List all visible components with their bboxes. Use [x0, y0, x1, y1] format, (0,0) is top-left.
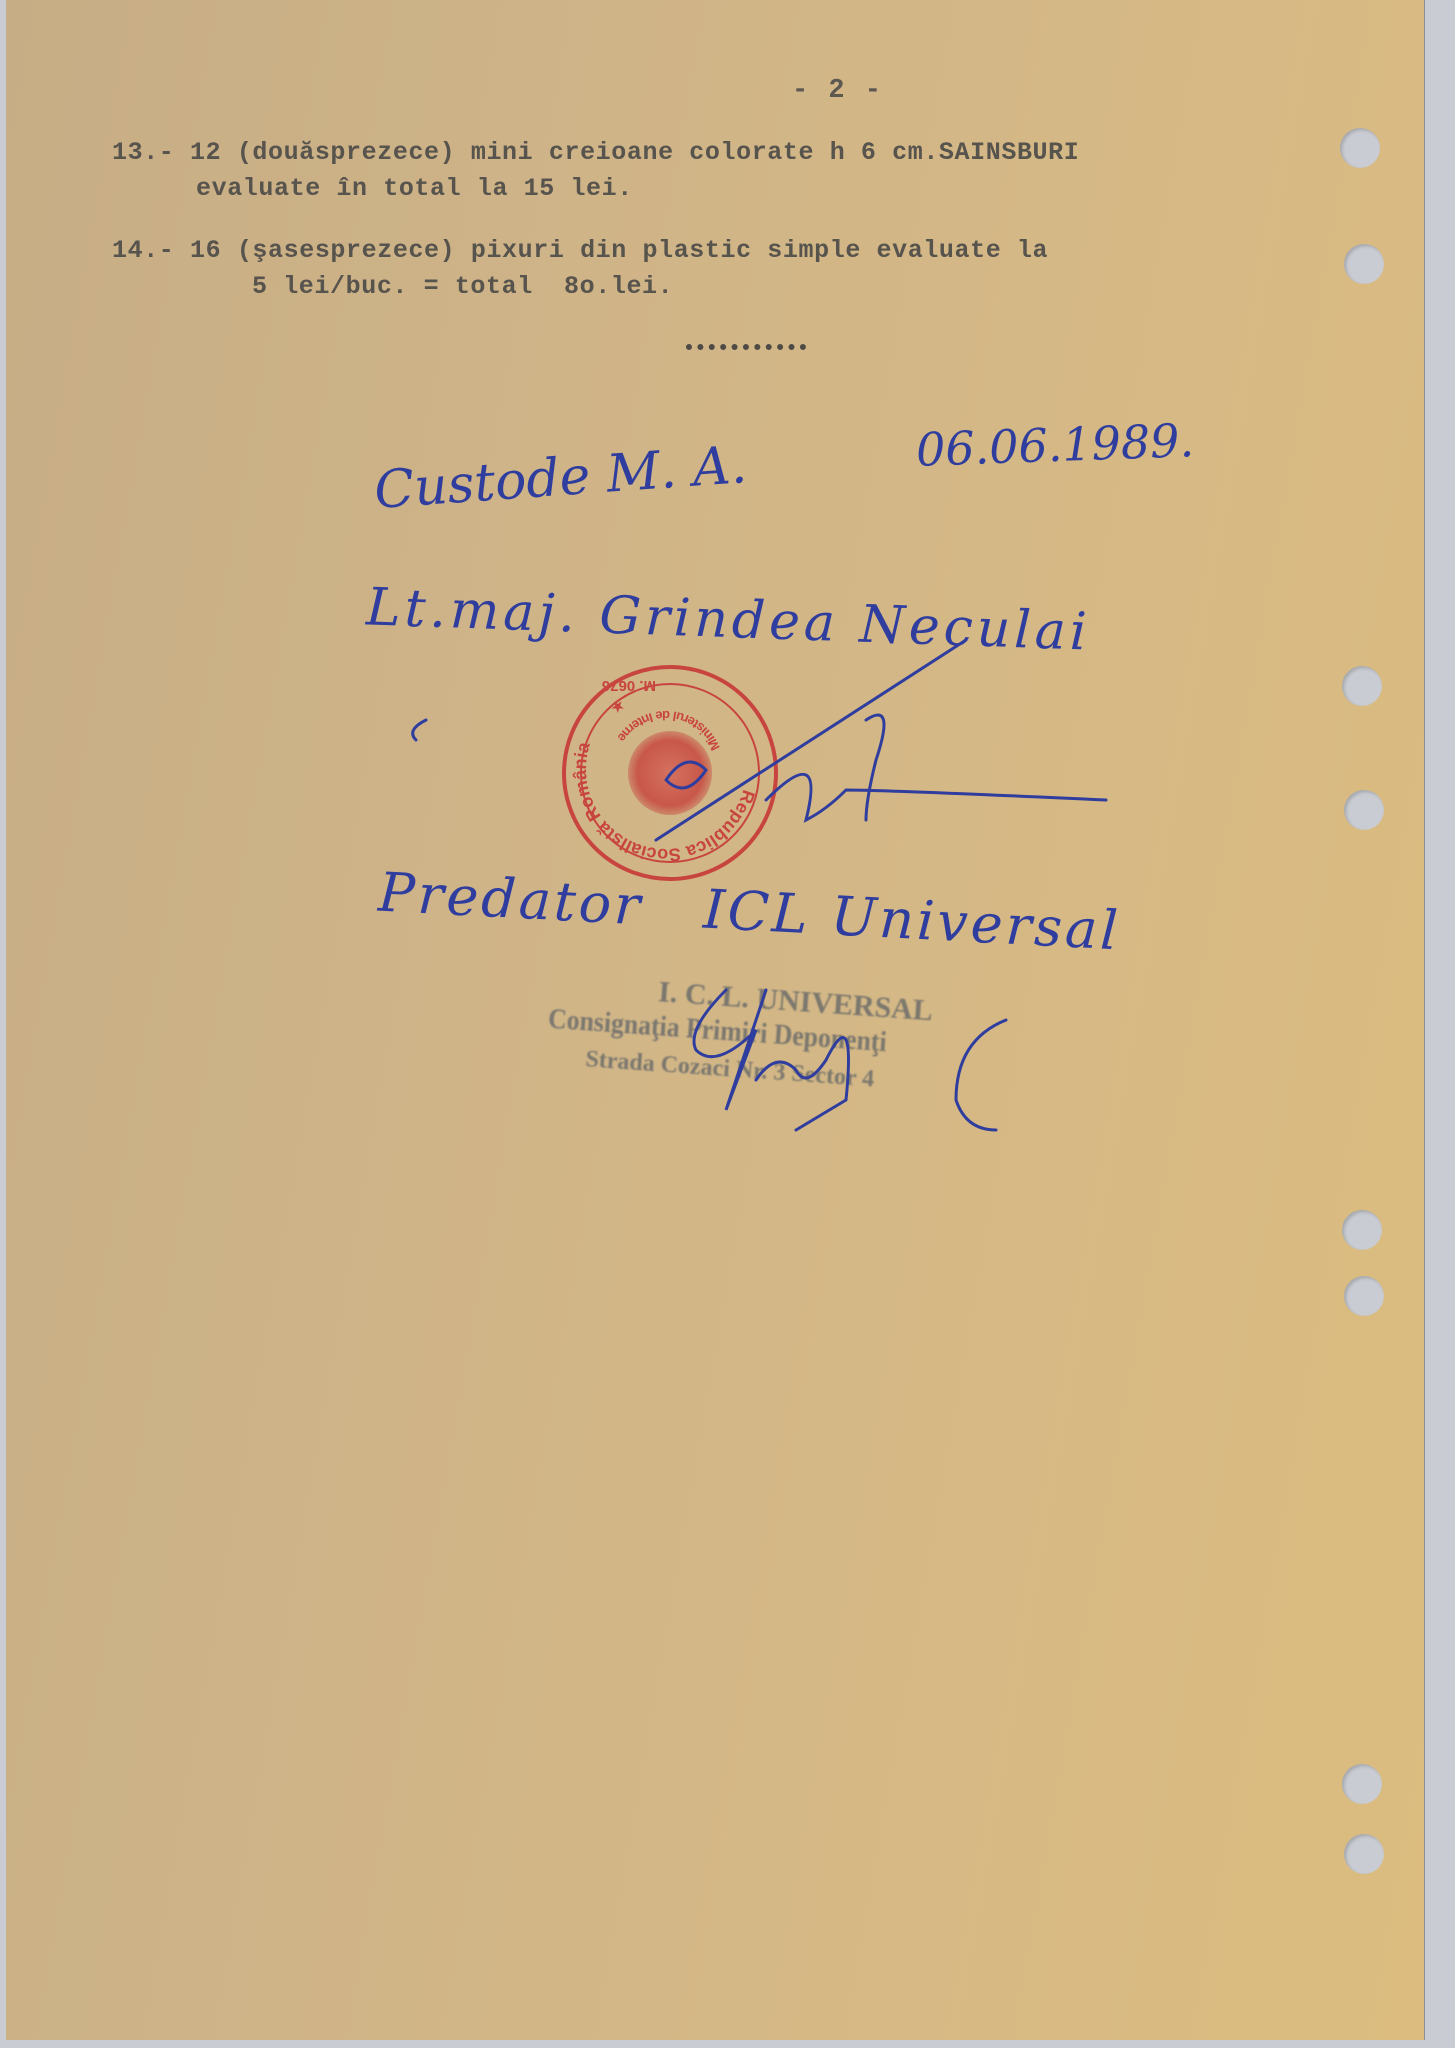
- punch-hole: [1344, 244, 1384, 284]
- svg-text:Ministerul de Interne: Ministerul de Interne: [615, 708, 723, 753]
- handwritten-date: 06.06.1989.: [915, 413, 1195, 477]
- punch-hole: [1344, 790, 1384, 830]
- item-13-line-2: evaluate în total la 15 lei.: [196, 174, 633, 203]
- punch-hole: [1342, 666, 1382, 706]
- item-14-line-1: 14.- 16 (şasesprezece) pixuri din plasti…: [112, 236, 1048, 265]
- svg-text:Republica Socialistă România: Republica Socialistă România: [570, 739, 759, 865]
- svg-text:M. 0676: M. 0676: [602, 677, 656, 694]
- ministry-red-seal: Republica Socialistă România Ministerul …: [562, 665, 778, 881]
- punch-hole: [1344, 1834, 1384, 1874]
- punch-hole: [1342, 1764, 1382, 1804]
- punch-hole: [1340, 128, 1380, 168]
- icl-universal-stamp: I. C. L. UNIVERSAL Consignaţia Primiri D…: [541, 968, 1050, 1153]
- item-13-line-1: 13.- 12 (douăsprezece) mini creioane col…: [112, 138, 1079, 167]
- section-divider: [686, 344, 806, 356]
- punch-hole: [1342, 1210, 1382, 1250]
- seal-text-ring: Republica Socialistă România Ministerul …: [558, 661, 774, 877]
- item-14-line-2: 5 lei/buc. = total 8o.lei.: [252, 272, 673, 301]
- punch-hole: [1344, 1276, 1384, 1316]
- handwritten-custode: Custode M. A.: [372, 435, 748, 521]
- handwritten-signatory-name: Lt.maj. Grindea Neculai: [365, 577, 1091, 662]
- svg-text:★: ★: [611, 699, 624, 715]
- page-number: - 2 -: [792, 76, 883, 106]
- document-page: - 2 - 13.- 12 (douăsprezece) mini creioa…: [6, 0, 1424, 2040]
